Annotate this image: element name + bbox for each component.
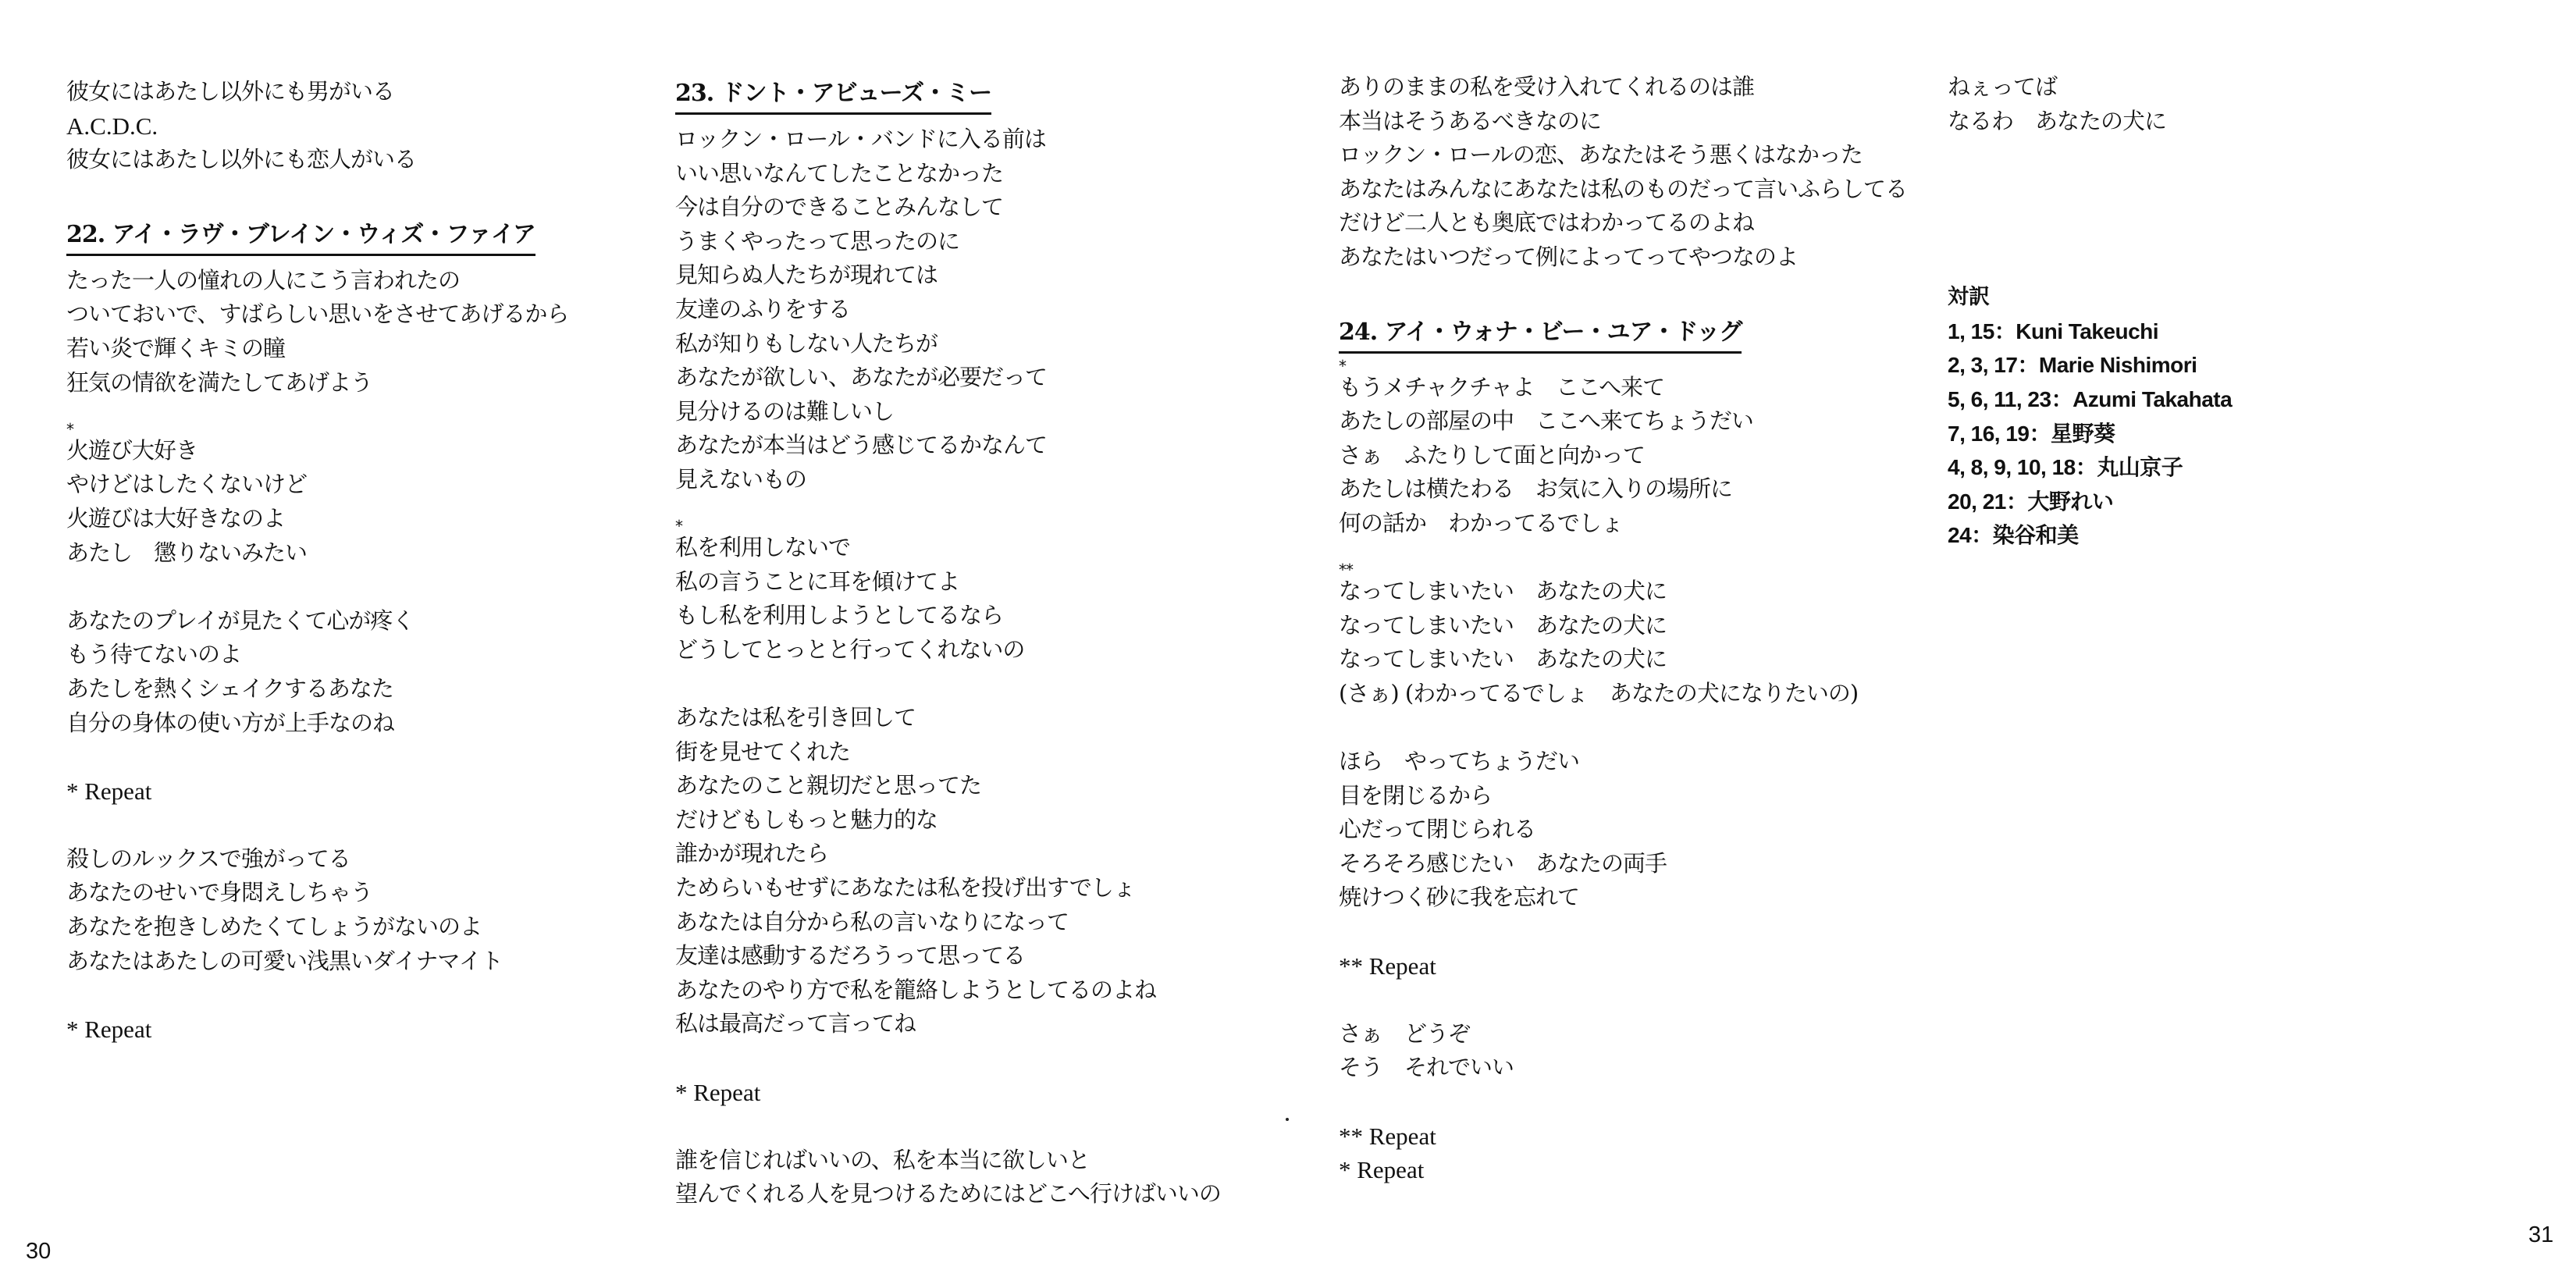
lyric-line: *もうメチャクチャよ ここへ来て — [1339, 371, 1907, 405]
lyric-line: 誰かが現れたら — [675, 837, 1221, 871]
print-speck — [1286, 1118, 1289, 1121]
lyric-line: どうしてとっとと行ってくれないの — [675, 633, 1221, 667]
lyric-line: 自分の身体の使い方が上手なのね — [66, 706, 568, 741]
song-title-24: 24. アイ・ウォナ・ビー・ユア・ドッグ — [1339, 317, 1742, 354]
column-4: ねぇってば なるわ あなたの犬に 対訳 1, 15：Kuni Takeuchi … — [1948, 70, 2232, 553]
lyric-line: 今は自分のできることみんなして — [675, 190, 1221, 225]
lyric-line: あたしを熱くシェイクするあなた — [66, 672, 568, 706]
chorus-marker: * — [66, 422, 73, 437]
lyric-line: 若い炎で輝くキミの瞳 — [66, 332, 568, 366]
lyric-line: ついておいで、すばらしい思いをさせてあげるから — [66, 297, 568, 332]
repeat-marker: ** Repeat — [1339, 949, 1907, 984]
chorus-marker: ** — [1339, 562, 1353, 578]
page-number-left: 30 — [26, 1239, 51, 1265]
column-3: ありのままの私を受け入れてくれるのは誰 本当はそうあるべきなのに ロックン・ロー… — [1339, 70, 1907, 1187]
column-2: 23. ドント・アビューズ・ミー ロックン・ロール・バンドに入る前は いい思いな… — [675, 75, 1221, 1212]
lyric-line: 殺しのルックスで強がってる — [66, 842, 568, 877]
lyric-line: 心だって閉じられる — [1339, 813, 1907, 847]
lyric-line: なってしまいたい あなたの犬に — [1339, 642, 1907, 677]
lyric-line: 誰を信じればいいの、私を本当に欲しいと — [675, 1144, 1221, 1178]
lyric-line: ためらいもせずにあなたは私を投げ出すでしょ — [675, 871, 1221, 906]
repeat-marker: * Repeat — [675, 1076, 1221, 1110]
lyric-line: ありのままの私を受け入れてくれるのは誰 — [1339, 70, 1907, 105]
repeat-marker: * Repeat — [1339, 1153, 1907, 1187]
credits-title: 対訳 — [1948, 280, 2232, 315]
lyric-line: そう それでいい — [1339, 1051, 1907, 1085]
lyric-line: ねぇってば — [1948, 70, 2232, 105]
lyric-line: 私は最高だって言ってね — [675, 1007, 1221, 1041]
lyric-line: **なってしまいたい あなたの犬に — [1339, 575, 1907, 609]
lyric-line: 火遊びは大好きなのよ — [66, 502, 568, 536]
lyric-line: さぁ どうぞ — [1339, 1017, 1907, 1051]
repeat-marker: * Repeat — [66, 774, 568, 809]
lyric-line: あたし 懲りないみたい — [66, 536, 568, 571]
lyric-line: 友達は感動するだろうって思ってる — [675, 939, 1221, 973]
lyric-line: あなたはみんなにあなたは私のものだって言いふらしてる — [1339, 173, 1907, 207]
column-1: 彼女にはあたし以外にも男がいる A.C.D.C. 彼女にはあたし以外にも恋人がい… — [66, 75, 568, 1046]
lyric-line: ロックン・ロール・バンドに入る前は — [675, 123, 1221, 157]
credit-entry: 7, 16, 19：星野葵 — [1948, 417, 2232, 451]
lyric-line: *私を利用しないで — [675, 531, 1221, 565]
lyric-line: あなたのせいで身悶えしちゃう — [66, 876, 568, 910]
lyric-line: (さぁ) (わかってるでしょ あなたの犬になりたいの) — [1339, 677, 1907, 711]
chorus-marker: * — [675, 518, 682, 534]
lyric-line: 見分けるのは難しいし — [675, 395, 1221, 429]
lyric-line: もし私を利用しようとしてるなら — [675, 599, 1221, 633]
lyric-line: *火遊び大好き — [66, 434, 568, 468]
lyric-line: あなたのこと親切だと思ってた — [675, 769, 1221, 803]
lyric-line: 私の言うことに耳を傾けてよ — [675, 565, 1221, 600]
lyric-line: あなたはいつだって例によってってやつなのよ — [1339, 240, 1907, 275]
lyric-line: 望んでくれる人を見つけるためにはどこへ行けばいいの — [675, 1177, 1221, 1212]
lyric-line: あなたのプレイが見たくて心が疼く — [66, 604, 568, 639]
verse-marker: * — [1339, 358, 1346, 374]
lyric-line: ロックン・ロールの恋、あなたはそう悪くはなかった — [1339, 138, 1907, 173]
lyric-line: だけど二人とも奥底ではわかってるのよね — [1339, 206, 1907, 240]
lyric-line: うまくやったって思ったのに — [675, 225, 1221, 259]
lyric-line: たった一人の憧れの人にこう言われたの — [66, 264, 568, 298]
lyric-line: さぁ ふたりして面と向かって — [1339, 439, 1907, 473]
lyric-line: あたしは横たわる お気に入りの場所に — [1339, 472, 1907, 507]
credit-entry: 20, 21：大野れい — [1948, 485, 2232, 519]
lyric-line: 目を閉じるから — [1339, 779, 1907, 813]
lyric-line: なるわ あなたの犬に — [1948, 105, 2232, 139]
lyric-line: 狂気の情欲を満たしてあげよう — [66, 366, 568, 400]
lyric-line: 何の話か わかってるでしょ — [1339, 507, 1907, 541]
lyric-line: 見知らぬ人たちが現れては — [675, 258, 1221, 293]
lyric-line: もう待てないのよ — [66, 638, 568, 672]
lyric-line: やけどはしたくないけど — [66, 468, 568, 502]
lyric-line: 彼女にはあたし以外にも男がいる — [66, 75, 568, 109]
credit-entry: 24：染谷和美 — [1948, 518, 2232, 553]
repeat-marker: * Repeat — [66, 1012, 568, 1047]
credit-entry: 2, 3, 17：Marie Nishimori — [1948, 348, 2232, 382]
lyric-line: 私が知りもしない人たちが — [675, 327, 1221, 361]
lyric-line: あなたが本当はどう感じてるかなんて — [675, 429, 1221, 463]
lyric-line: 街を見せてくれた — [675, 735, 1221, 770]
credit-entry: 1, 15：Kuni Takeuchi — [1948, 315, 2232, 349]
song-title-23: 23. ドント・アビューズ・ミー — [675, 78, 991, 115]
lyric-line: あなたが欲しい、あなたが必要だって — [675, 361, 1221, 395]
lyric-line: あなたのやり方で私を籠絡しようとしてるのよね — [675, 973, 1221, 1008]
lyric-line: いい思いなんてしたことなかった — [675, 157, 1221, 191]
lyric-line: 見えないもの — [675, 463, 1221, 497]
lyric-line: なってしまいたい あなたの犬に — [1339, 609, 1907, 643]
lyric-line: A.C.D.C. — [66, 109, 568, 144]
lyric-line: あなたは自分から私の言いなりになって — [675, 906, 1221, 940]
lyric-line: あなたはあたしの可愛い浅黒いダイナマイト — [66, 945, 568, 979]
lyric-line: 彼女にはあたし以外にも恋人がいる — [66, 143, 568, 177]
lyric-line: だけどもしもっと魅力的な — [675, 803, 1221, 838]
lyric-line: あなたは私を引き回して — [675, 701, 1221, 735]
page-number-right: 31 — [2528, 1222, 2553, 1248]
lyric-line: 焼けつく砂に我を忘れて — [1339, 881, 1907, 915]
lyric-line: ほら やってちょうだい — [1339, 745, 1907, 779]
lyric-line: あなたを抱きしめたくてしょうがないのよ — [66, 910, 568, 945]
lyric-line: あたしの部屋の中 ここへ来てちょうだい — [1339, 404, 1907, 439]
lyric-line: そろそろ感じたい あなたの両手 — [1339, 847, 1907, 881]
lyric-line: 友達のふりをする — [675, 293, 1221, 327]
song-title-22: 22. アイ・ラヴ・ブレイン・ウィズ・ファイア — [66, 219, 535, 256]
credit-entry: 5, 6, 11, 23：Azumi Takahata — [1948, 382, 2232, 417]
lyric-line: 本当はそうあるべきなのに — [1339, 105, 1907, 139]
credit-entry: 4, 8, 9, 10, 18：丸山京子 — [1948, 450, 2232, 485]
repeat-marker: ** Repeat — [1339, 1119, 1907, 1154]
